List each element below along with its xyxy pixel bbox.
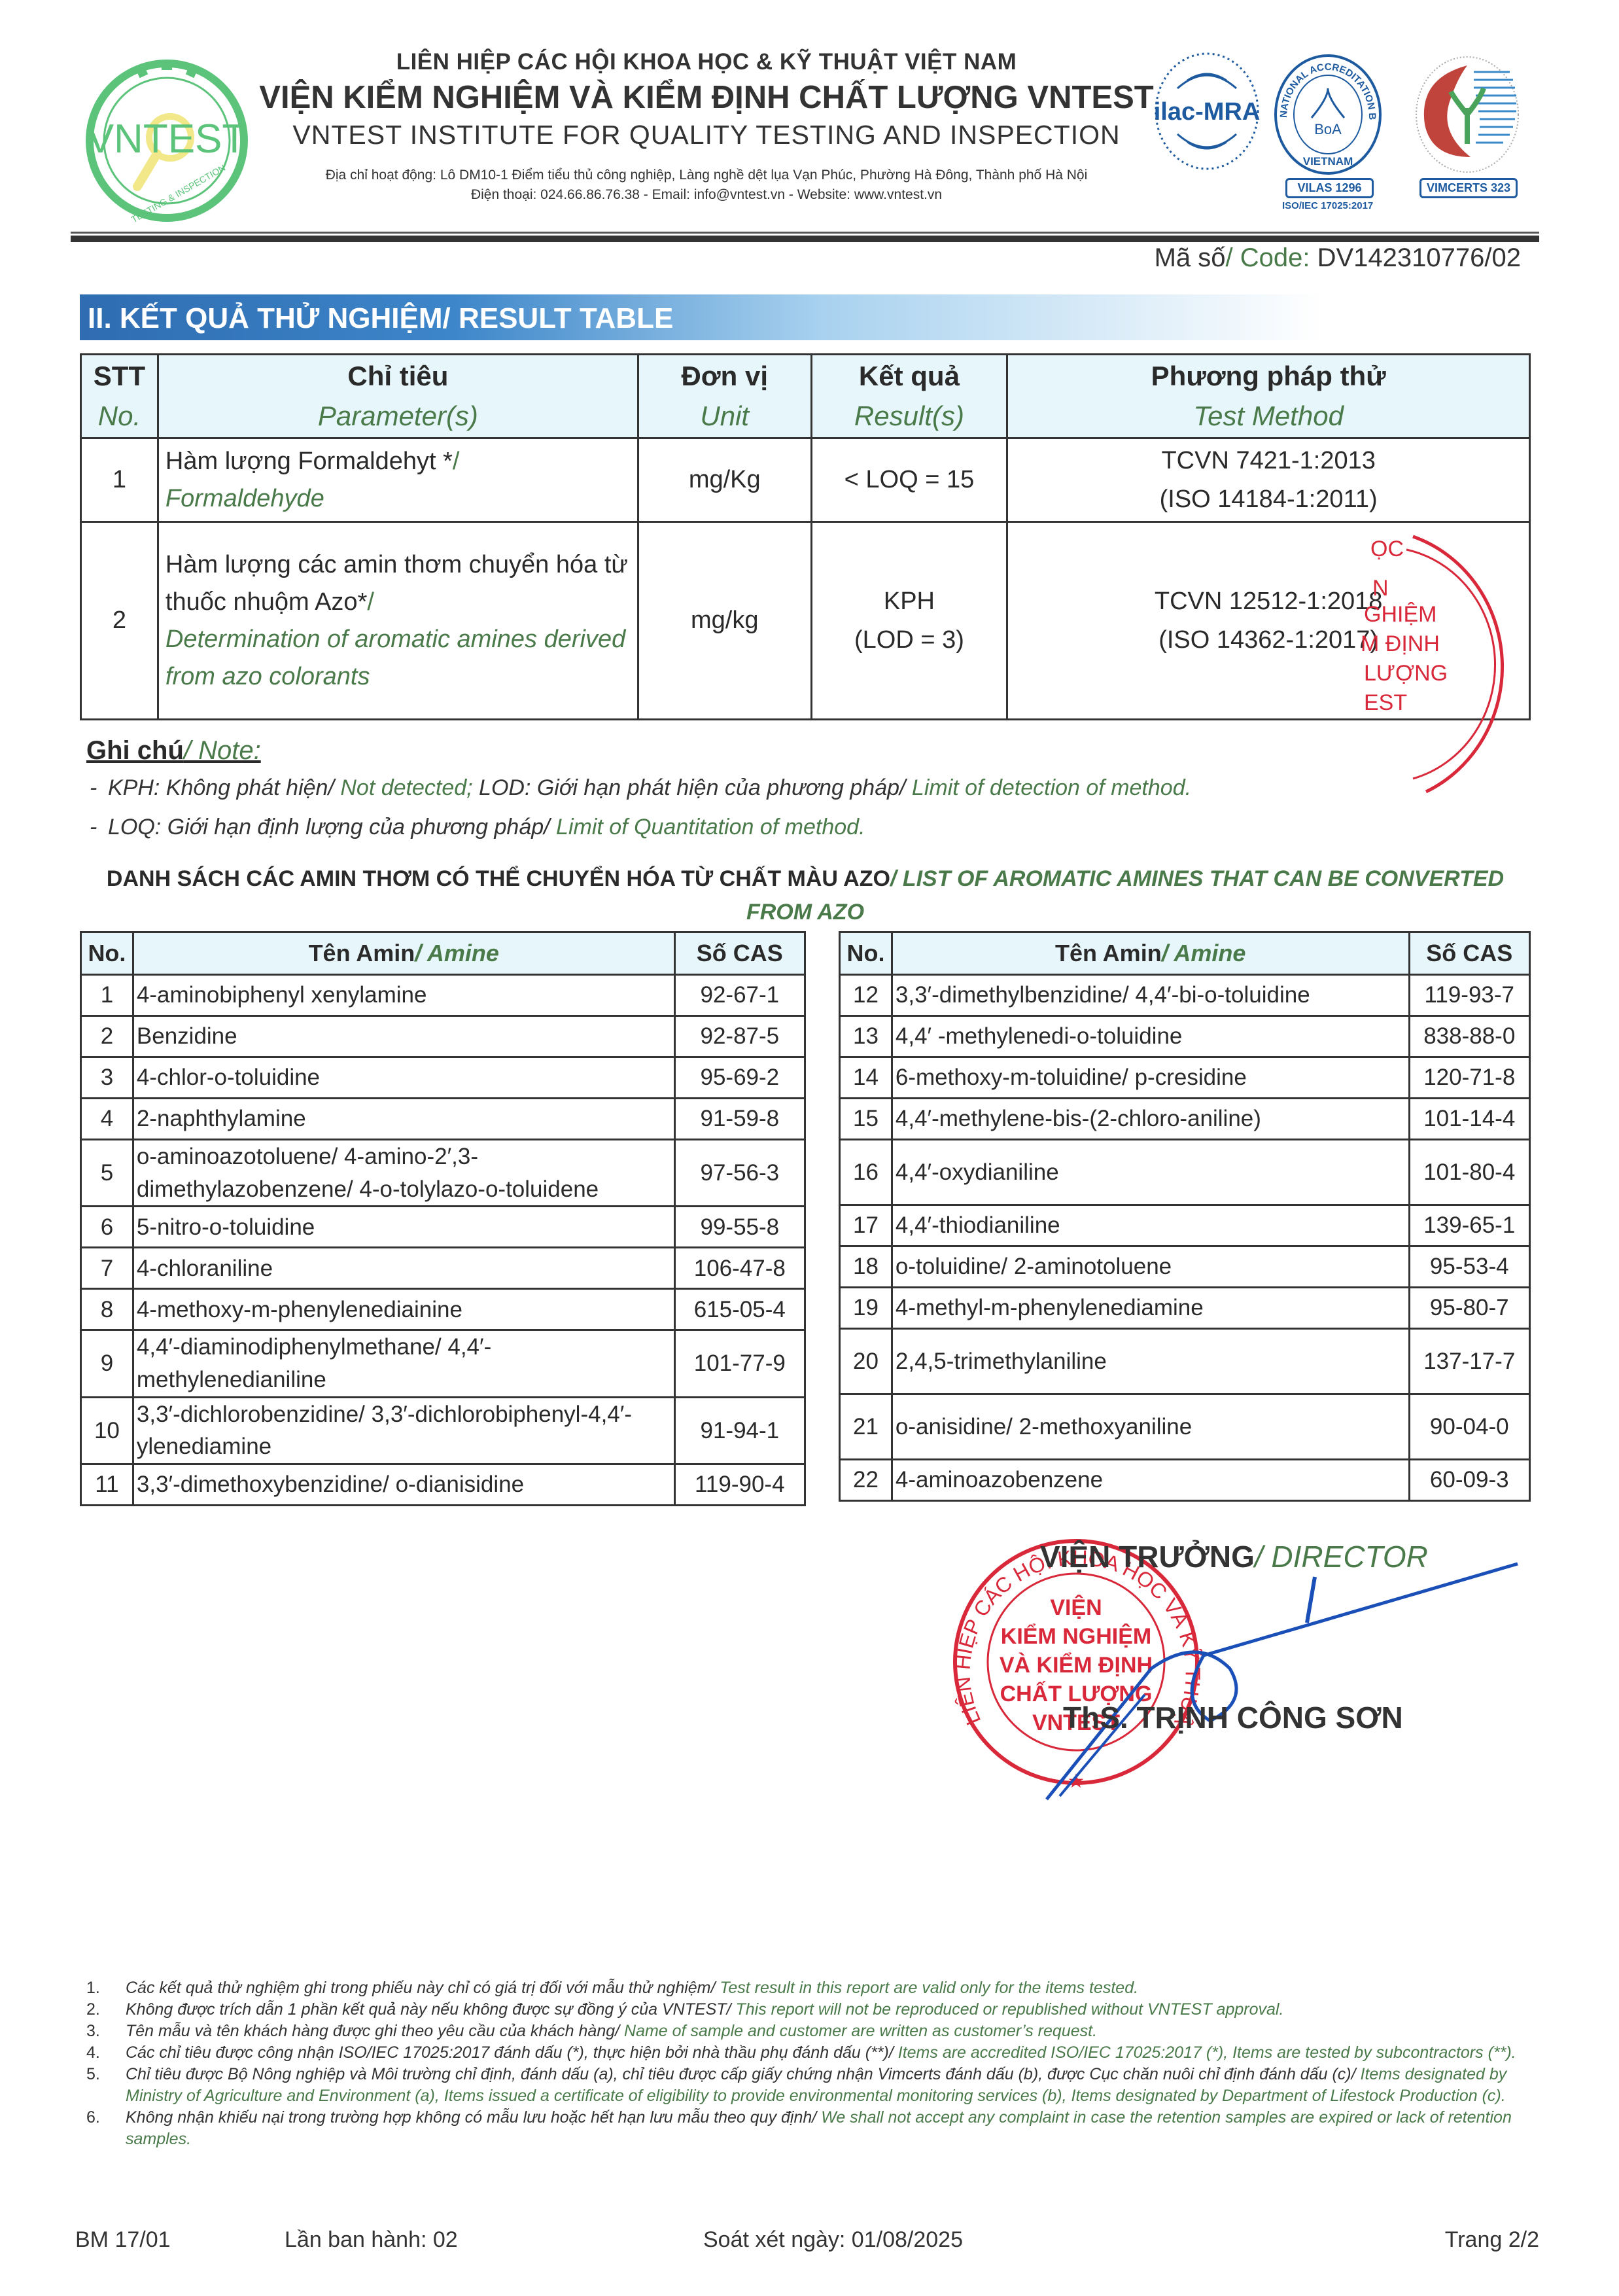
footnote-item: 6.Không nhận khiếu nại trong trường hợp … xyxy=(86,2107,1539,2150)
note-title: Ghi chú/ Note: xyxy=(86,736,261,766)
header-divider-thick xyxy=(71,236,1539,242)
cas-number: 119-90-4 xyxy=(674,1464,805,1506)
svg-text:VIETNAM: VIETNAM xyxy=(1303,155,1353,168)
section-header-result-table: II. KẾT QUẢ THỬ NGHIỆM/ RESULT TABLE xyxy=(80,294,1323,340)
vntest-logo: VNTEST TESTING & INSPECTION xyxy=(82,56,252,226)
row-number: 21 xyxy=(840,1394,892,1460)
form-code: BM 17/01 xyxy=(75,2227,171,2253)
footnote-item: 3.Tên mẫu và tên khách hàng được ghi the… xyxy=(86,2021,1539,2042)
amine-table-right: No. Tên Amin/ Amine Số CAS 123,3′-dimeth… xyxy=(839,931,1531,1502)
cas-number: 838-88-0 xyxy=(1409,1016,1530,1057)
svg-text:GHIỆM: GHIỆM xyxy=(1364,602,1436,627)
amine-name: 4,4′-methylene-bis-(2-chloro-aniline) xyxy=(892,1099,1409,1140)
table-row: 34-chlor-o-toluidine95-69-2 xyxy=(81,1057,805,1099)
row-number: 4 xyxy=(81,1099,133,1140)
cas-number: 95-80-7 xyxy=(1409,1288,1530,1329)
cas-number: 91-94-1 xyxy=(674,1397,805,1464)
row-number: 11 xyxy=(81,1464,133,1506)
table-row: 21o-anisidine/ 2-methoxyaniline90-04-0 xyxy=(840,1394,1530,1460)
amine-name: 4,4′-oxydianiline xyxy=(892,1140,1409,1205)
iso-label: ISO/IEC 17025:2017 xyxy=(1282,200,1373,211)
amine-table-header: No. Tên Amin/ Amine Số CAS xyxy=(840,932,1530,975)
table-row: 14-aminobiphenyl xenylamine92-67-1 xyxy=(81,975,805,1016)
footnotes: 1.Các kết quả thử nghiệm ghi trong phiếu… xyxy=(86,1977,1539,2150)
amine-name: 4-aminoazobenzene xyxy=(892,1460,1409,1501)
amine-name: 5-nitro-o-toluidine xyxy=(133,1207,674,1248)
row-number: 15 xyxy=(840,1099,892,1140)
amine-list-title: DANH SÁCH CÁC AMIN THƠM CÓ THỂ CHUYỂN HÓ… xyxy=(80,862,1531,929)
amine-name: 3,3′-dichlorobenzidine/ 3,3′-dichlorobip… xyxy=(133,1397,674,1464)
row-number: 12 xyxy=(840,975,892,1016)
page-number: Trang 2/2 xyxy=(1445,2227,1539,2253)
table-row: 74-chloraniline106-47-8 xyxy=(81,1248,805,1289)
table-row: 2Benzidine92-87-5 xyxy=(81,1016,805,1057)
signatory-name: ThS. TRỊNH CÔNG SƠN xyxy=(1063,1700,1403,1735)
director-signature xyxy=(1034,1538,1524,1812)
amine-name: o-aminoazotoluene/ 4-amino-2′,3-dimethyl… xyxy=(133,1140,674,1207)
col-header-parameter: Chỉ tiêuParameter(s) xyxy=(158,355,638,438)
svg-text:LƯỢNG: LƯỢNG xyxy=(1364,661,1448,686)
table-row: 202,4,5-trimethylaniline137-17-7 xyxy=(840,1329,1530,1394)
ilac-mra-icon: ilac-MRA xyxy=(1151,49,1262,173)
signature-block: LIÊN HIỆP CÁC HỘI KHOA HỌC VÀ KỸ THUẬT V… xyxy=(935,1525,1524,1812)
cas-number: 97-56-3 xyxy=(674,1140,805,1207)
amine-table-header: No. Tên Amin/ Amine Số CAS xyxy=(81,932,805,975)
boa-vietnam-icon: NATIONAL ACCREDITATION BUREAU BoA VIETNA… xyxy=(1272,52,1384,177)
row-number: 16 xyxy=(840,1140,892,1205)
amine-name: 4,4′-diaminodiphenylmethane/ 4,4′-methyl… xyxy=(133,1330,674,1397)
table-row: 164,4′-oxydianiline101-80-4 xyxy=(840,1140,1530,1205)
amine-name: 4-aminobiphenyl xenylamine xyxy=(133,975,674,1016)
table-row: 42-naphthylamine91-59-8 xyxy=(81,1099,805,1140)
cas-number: 91-59-8 xyxy=(674,1099,805,1140)
official-stamp-partial: ỌC N GHIỆM M ĐỊNH LƯỢNG EST xyxy=(1361,530,1531,805)
note-line: -KPH: Không phát hiện/ Not detected; LOD… xyxy=(108,775,1191,801)
table-row: 84-methoxy-m-phenylenediainine615-05-4 xyxy=(81,1289,805,1330)
cas-number: 615-05-4 xyxy=(674,1289,805,1330)
note-line: -LOQ: Giới hạn định lượng của phương phá… xyxy=(108,815,865,840)
footnote-item: 4.Các chỉ tiêu được công nhận ISO/IEC 17… xyxy=(86,2042,1539,2064)
table-row: 146-methoxy-m-toluidine/ p-cresidine120-… xyxy=(840,1057,1530,1099)
svg-text:EST: EST xyxy=(1364,690,1407,715)
row-number: 20 xyxy=(840,1329,892,1394)
amine-name: 3,3′-dimethoxybenzidine/ o-dianisidine xyxy=(133,1464,674,1506)
amine-name: 4,4′-thiodianiline xyxy=(892,1205,1409,1246)
amine-name: o-anisidine/ 2-methoxyaniline xyxy=(892,1394,1409,1460)
table-row: 224-aminoazobenzene60-09-3 xyxy=(840,1460,1530,1501)
result-table-header: STTNo. Chỉ tiêuParameter(s) Đơn vịUnit K… xyxy=(81,355,1530,438)
row-number: 7 xyxy=(81,1248,133,1289)
cas-number: 95-69-2 xyxy=(674,1057,805,1099)
row-number: 19 xyxy=(840,1288,892,1329)
cas-number: 101-14-4 xyxy=(1409,1099,1530,1140)
table-row: 65-nitro-o-toluidine99-55-8 xyxy=(81,1207,805,1248)
svg-text:M ĐỊNH: M ĐỊNH xyxy=(1361,631,1440,656)
svg-text:VNTEST: VNTEST xyxy=(87,116,247,162)
report-code: Mã số/ Code: DV142310776/02 xyxy=(1155,243,1521,273)
row-number: 17 xyxy=(840,1205,892,1246)
col-header-method: Phương pháp thửTest Method xyxy=(1007,355,1530,438)
row-number: 22 xyxy=(840,1460,892,1501)
amine-name: 4-methoxy-m-phenylenediainine xyxy=(133,1289,674,1330)
cas-number: 137-17-7 xyxy=(1409,1329,1530,1394)
row-number: 8 xyxy=(81,1289,133,1330)
col-header-no: STTNo. xyxy=(81,355,158,438)
cas-number: 106-47-8 xyxy=(674,1248,805,1289)
row-number: 1 xyxy=(81,975,133,1016)
amine-table-left: No. Tên Amin/ Amine Số CAS 14-aminobiphe… xyxy=(80,931,806,1506)
amine-name: 4,4′ -methylenedi-o-toluidine xyxy=(892,1016,1409,1057)
row-number: 5 xyxy=(81,1140,133,1207)
amine-name: 6-methoxy-m-toluidine/ p-cresidine xyxy=(892,1057,1409,1099)
row-number: 18 xyxy=(840,1246,892,1288)
org-line: LIÊN HIỆP CÁC HỘI KHOA HỌC & KỸ THUẬT VI… xyxy=(258,49,1155,75)
cas-number: 92-87-5 xyxy=(674,1016,805,1057)
table-row: 18o-toluidine/ 2-aminotoluene95-53-4 xyxy=(840,1246,1530,1288)
table-row: 194-methyl-m-phenylenediamine95-80-7 xyxy=(840,1288,1530,1329)
accreditation-badges: ilac-MRA NATIONAL ACCREDITATION BUREAU B… xyxy=(1151,46,1524,222)
svg-text:BoA: BoA xyxy=(1314,121,1342,137)
table-row: 1 Hàm lượng Formaldehyt */Formaldehyde m… xyxy=(81,438,1530,522)
amine-name: 2,4,5-trimethylaniline xyxy=(892,1329,1409,1394)
footnote-item: 5.Chỉ tiêu được Bộ Nông nghiệp và Môi tr… xyxy=(86,2064,1539,2107)
col-header-unit: Đơn vịUnit xyxy=(638,355,811,438)
table-row: 2 Hàm lượng các amin thơm chuyển hóa từ … xyxy=(81,522,1530,720)
vilas-label: VILAS 1296 xyxy=(1285,178,1374,198)
amine-name: 4-methyl-m-phenylenediamine xyxy=(892,1288,1409,1329)
cas-number: 119-93-7 xyxy=(1409,975,1530,1016)
row-number: 3 xyxy=(81,1057,133,1099)
cas-number: 139-65-1 xyxy=(1409,1205,1530,1246)
institute-name-vi: VIỆN KIỂM NGHIỆM VÀ KIỂM ĐỊNH CHẤT LƯỢNG… xyxy=(258,79,1155,116)
row-number: 10 xyxy=(81,1397,133,1464)
amine-name: 3,3′-dimethylbenzidine/ 4,4′-bi-o-toluid… xyxy=(892,975,1409,1016)
amine-name: 2-naphthylamine xyxy=(133,1099,674,1140)
table-row: 134,4′ -methylenedi-o-toluidine838-88-0 xyxy=(840,1016,1530,1057)
row-number: 2 xyxy=(81,1016,133,1057)
amine-name: 4-chlor-o-toluidine xyxy=(133,1057,674,1099)
cas-number: 101-80-4 xyxy=(1409,1140,1530,1205)
vimcerts-label: VIMCERTS 323 xyxy=(1419,178,1518,198)
table-row: 154,4′-methylene-bis-(2-chloro-aniline)1… xyxy=(840,1099,1530,1140)
header-divider-thin xyxy=(71,232,1539,234)
report-code-value: DV142310776/02 xyxy=(1317,243,1521,272)
address: Địa chỉ hoạt động: Lô DM10-1 Điểm tiểu t… xyxy=(258,168,1155,183)
row-number: 13 xyxy=(840,1016,892,1057)
cas-number: 99-55-8 xyxy=(674,1207,805,1248)
row-number: 6 xyxy=(81,1207,133,1248)
amine-name: 4-chloraniline xyxy=(133,1248,674,1289)
cas-number: 90-04-0 xyxy=(1409,1394,1530,1460)
cas-number: 95-53-4 xyxy=(1409,1246,1530,1288)
col-header-result: Kết quảResult(s) xyxy=(811,355,1007,438)
cas-number: 120-71-8 xyxy=(1409,1057,1530,1099)
review-date: Soát xét ngày: 01/08/2025 xyxy=(703,2227,963,2253)
cas-number: 60-09-3 xyxy=(1409,1460,1530,1501)
letterhead: LIÊN HIỆP CÁC HỘI KHOA HỌC & KỸ THUẬT VI… xyxy=(258,49,1155,203)
svg-text:ilac-MRA: ilac-MRA xyxy=(1154,98,1261,126)
svg-text:N: N xyxy=(1372,576,1389,601)
vimcerts-icon xyxy=(1412,52,1523,177)
table-row: 174,4′-thiodianiline139-65-1 xyxy=(840,1205,1530,1246)
cas-number: 101-77-9 xyxy=(674,1330,805,1397)
cas-number: 92-67-1 xyxy=(674,975,805,1016)
table-row: 123,3′-dimethylbenzidine/ 4,4′-bi-o-tolu… xyxy=(840,975,1530,1016)
institute-name-en: VNTEST INSTITUTE FOR QUALITY TESTING AND… xyxy=(258,120,1155,150)
amine-name: o-toluidine/ 2-aminotoluene xyxy=(892,1246,1409,1288)
footnote-item: 2.Không được trích dẫn 1 phần kết quả nà… xyxy=(86,1999,1539,2021)
table-row: 94,4′-diaminodiphenylmethane/ 4,4′-methy… xyxy=(81,1330,805,1397)
row-number: 14 xyxy=(840,1057,892,1099)
table-row: 5o-aminoazotoluene/ 4-amino-2′,3-dimethy… xyxy=(81,1140,805,1207)
svg-text:ỌC: ỌC xyxy=(1370,537,1404,561)
table-row: 113,3′-dimethoxybenzidine/ o-dianisidine… xyxy=(81,1464,805,1506)
result-table: STTNo. Chỉ tiêuParameter(s) Đơn vịUnit K… xyxy=(80,353,1531,720)
amine-name: Benzidine xyxy=(133,1016,674,1057)
issue-number: Lần ban hành: 02 xyxy=(285,2227,458,2253)
row-number: 9 xyxy=(81,1330,133,1397)
table-row: 103,3′-dichlorobenzidine/ 3,3′-dichlorob… xyxy=(81,1397,805,1464)
contact-info: Điện thoại: 024.66.86.76.38 - Email: inf… xyxy=(258,187,1155,203)
footnote-item: 1.Các kết quả thử nghiệm ghi trong phiếu… xyxy=(86,1977,1539,1999)
